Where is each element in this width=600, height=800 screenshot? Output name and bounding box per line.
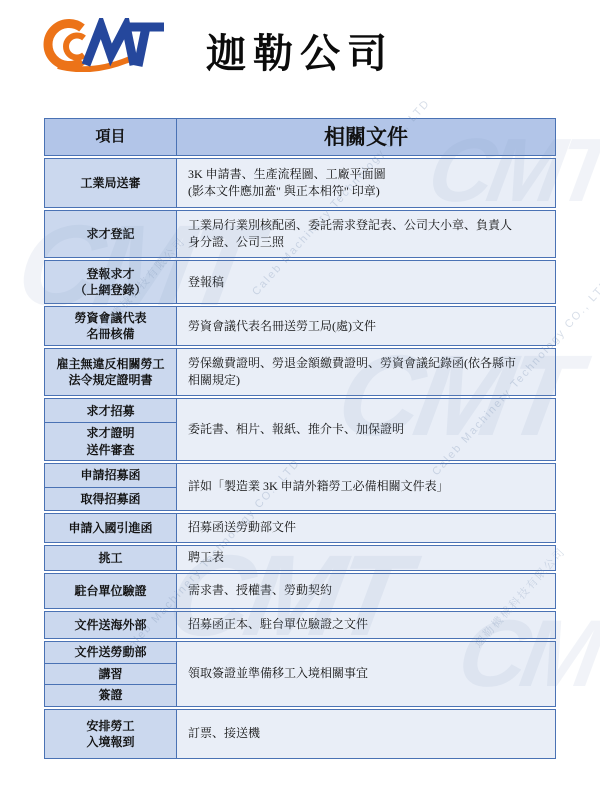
table-row: 申請入國引進函 招募函送勞動部文件: [44, 513, 556, 543]
item-cell: 文件送勞動部: [45, 642, 176, 663]
document-cell: 登報稿: [177, 261, 555, 303]
item-column: 文件送海外部: [45, 612, 177, 638]
item-cell: 駐台單位驗證: [45, 574, 176, 608]
item-column: 文件送勞動部 講習 簽證: [45, 642, 177, 706]
item-cell: 求才登記: [45, 211, 176, 257]
document-cell: 聘工表: [177, 546, 555, 570]
item-column: 安排勞工 入境報到: [45, 710, 177, 758]
item-cell: 登報求才 （上網登錄）: [45, 261, 176, 303]
table-row: 駐台單位驗證 需求書、授權書、勞動契約: [44, 573, 556, 609]
item-column: 申請招募函 取得招募函: [45, 464, 177, 510]
header-item-column: 項目: [45, 119, 177, 155]
item-column: 雇主無違反相關勞工 法令規定證明書: [45, 349, 177, 395]
document-cell: 需求書、授權書、勞動契約: [177, 574, 555, 608]
item-column: 申請入國引進函: [45, 514, 177, 542]
item-column: 駐台單位驗證: [45, 574, 177, 608]
table-row: 申請招募函 取得招募函 詳如「製造業 3K 申請外籍勞工必備相關文件表」: [44, 463, 556, 511]
document-cell: 3K 申請書、生產流程圖、工廠平面圖 (影本文件應加蓋" 與正本相符" 印章): [177, 159, 555, 207]
table-row: 文件送海外部 招募函正本、駐台單位驗證之文件: [44, 611, 556, 639]
document-cell: 委託書、相片、報紙、推介卡、加保證明: [177, 399, 555, 459]
item-cell: 勞資會議代表 名冊核備: [45, 307, 176, 345]
table-row: 登報求才 （上網登錄） 登報稿: [44, 260, 556, 304]
document-page: 迦勒公司 項目 相關文件 工業局送審 3K 申請書、生產流程圖、工廠平面圖 (影…: [0, 0, 600, 800]
document-table: 項目 相關文件 工業局送審 3K 申請書、生產流程圖、工廠平面圖 (影本文件應加…: [44, 118, 556, 761]
item-cell: 雇主無違反相關勞工 法令規定證明書: [45, 349, 176, 395]
document-cell: 招募函送勞動部文件: [177, 514, 555, 542]
document-cell: 領取簽證並準備移工入境相關事宜: [177, 642, 555, 706]
item-cell: 安排勞工 入境報到: [45, 710, 176, 758]
document-cell: 工業局行業別核配函、委託需求登記表、公司大小章、負責人 身分證、公司三照: [177, 211, 555, 257]
item-cell: 求才招募: [45, 399, 176, 422]
item-column: 求才登記: [45, 211, 177, 257]
company-title: 迦勒公司: [0, 22, 600, 79]
item-column: 登報求才 （上網登錄）: [45, 261, 177, 303]
item-cell: 工業局送審: [45, 159, 176, 207]
item-cell: 簽證: [45, 684, 176, 706]
header-item-label: 項目: [45, 119, 176, 155]
document-cell: 勞資會議代表名冊送勞工局(處)文件: [177, 307, 555, 345]
item-cell: 取得招募函: [45, 487, 176, 510]
table-header-row: 項目 相關文件: [44, 118, 556, 156]
item-column: 挑工: [45, 546, 177, 570]
item-cell: 文件送海外部: [45, 612, 176, 638]
document-cell: 招募函正本、駐台單位驗證之文件: [177, 612, 555, 638]
table-row: 安排勞工 入境報到 訂票、接送機: [44, 709, 556, 759]
item-cell: 挑工: [45, 546, 176, 570]
table-row: 勞資會議代表 名冊核備 勞資會議代表名冊送勞工局(處)文件: [44, 306, 556, 346]
table-row: 求才招募 求才證明 送件審查 委託書、相片、報紙、推介卡、加保證明: [44, 398, 556, 460]
item-cell: 講習: [45, 663, 176, 684]
table-row: 雇主無違反相關勞工 法令規定證明書 勞保繳費證明、勞退金額繳費證明、勞資會議紀錄…: [44, 348, 556, 396]
document-cell: 勞保繳費證明、勞退金額繳費證明、勞資會議紀錄函(依各縣市 相關規定): [177, 349, 555, 395]
table-row: 工業局送審 3K 申請書、生產流程圖、工廠平面圖 (影本文件應加蓋" 與正本相符…: [44, 158, 556, 208]
item-column: 勞資會議代表 名冊核備: [45, 307, 177, 345]
item-cell: 求才證明 送件審查: [45, 422, 176, 459]
table-row: 求才登記 工業局行業別核配函、委託需求登記表、公司大小章、負責人 身分證、公司三…: [44, 210, 556, 258]
document-cell: 詳如「製造業 3K 申請外籍勞工必備相關文件表」: [177, 464, 555, 510]
item-cell: 申請招募函: [45, 464, 176, 487]
document-cell: 訂票、接送機: [177, 710, 555, 758]
item-column: 求才招募 求才證明 送件審查: [45, 399, 177, 459]
header-documents-label: 相關文件: [177, 119, 555, 155]
item-cell: 申請入國引進函: [45, 514, 176, 542]
item-column: 工業局送審: [45, 159, 177, 207]
table-row: 文件送勞動部 講習 簽證 領取簽證並準備移工入境相關事宜: [44, 641, 556, 707]
table-row: 挑工 聘工表: [44, 545, 556, 571]
